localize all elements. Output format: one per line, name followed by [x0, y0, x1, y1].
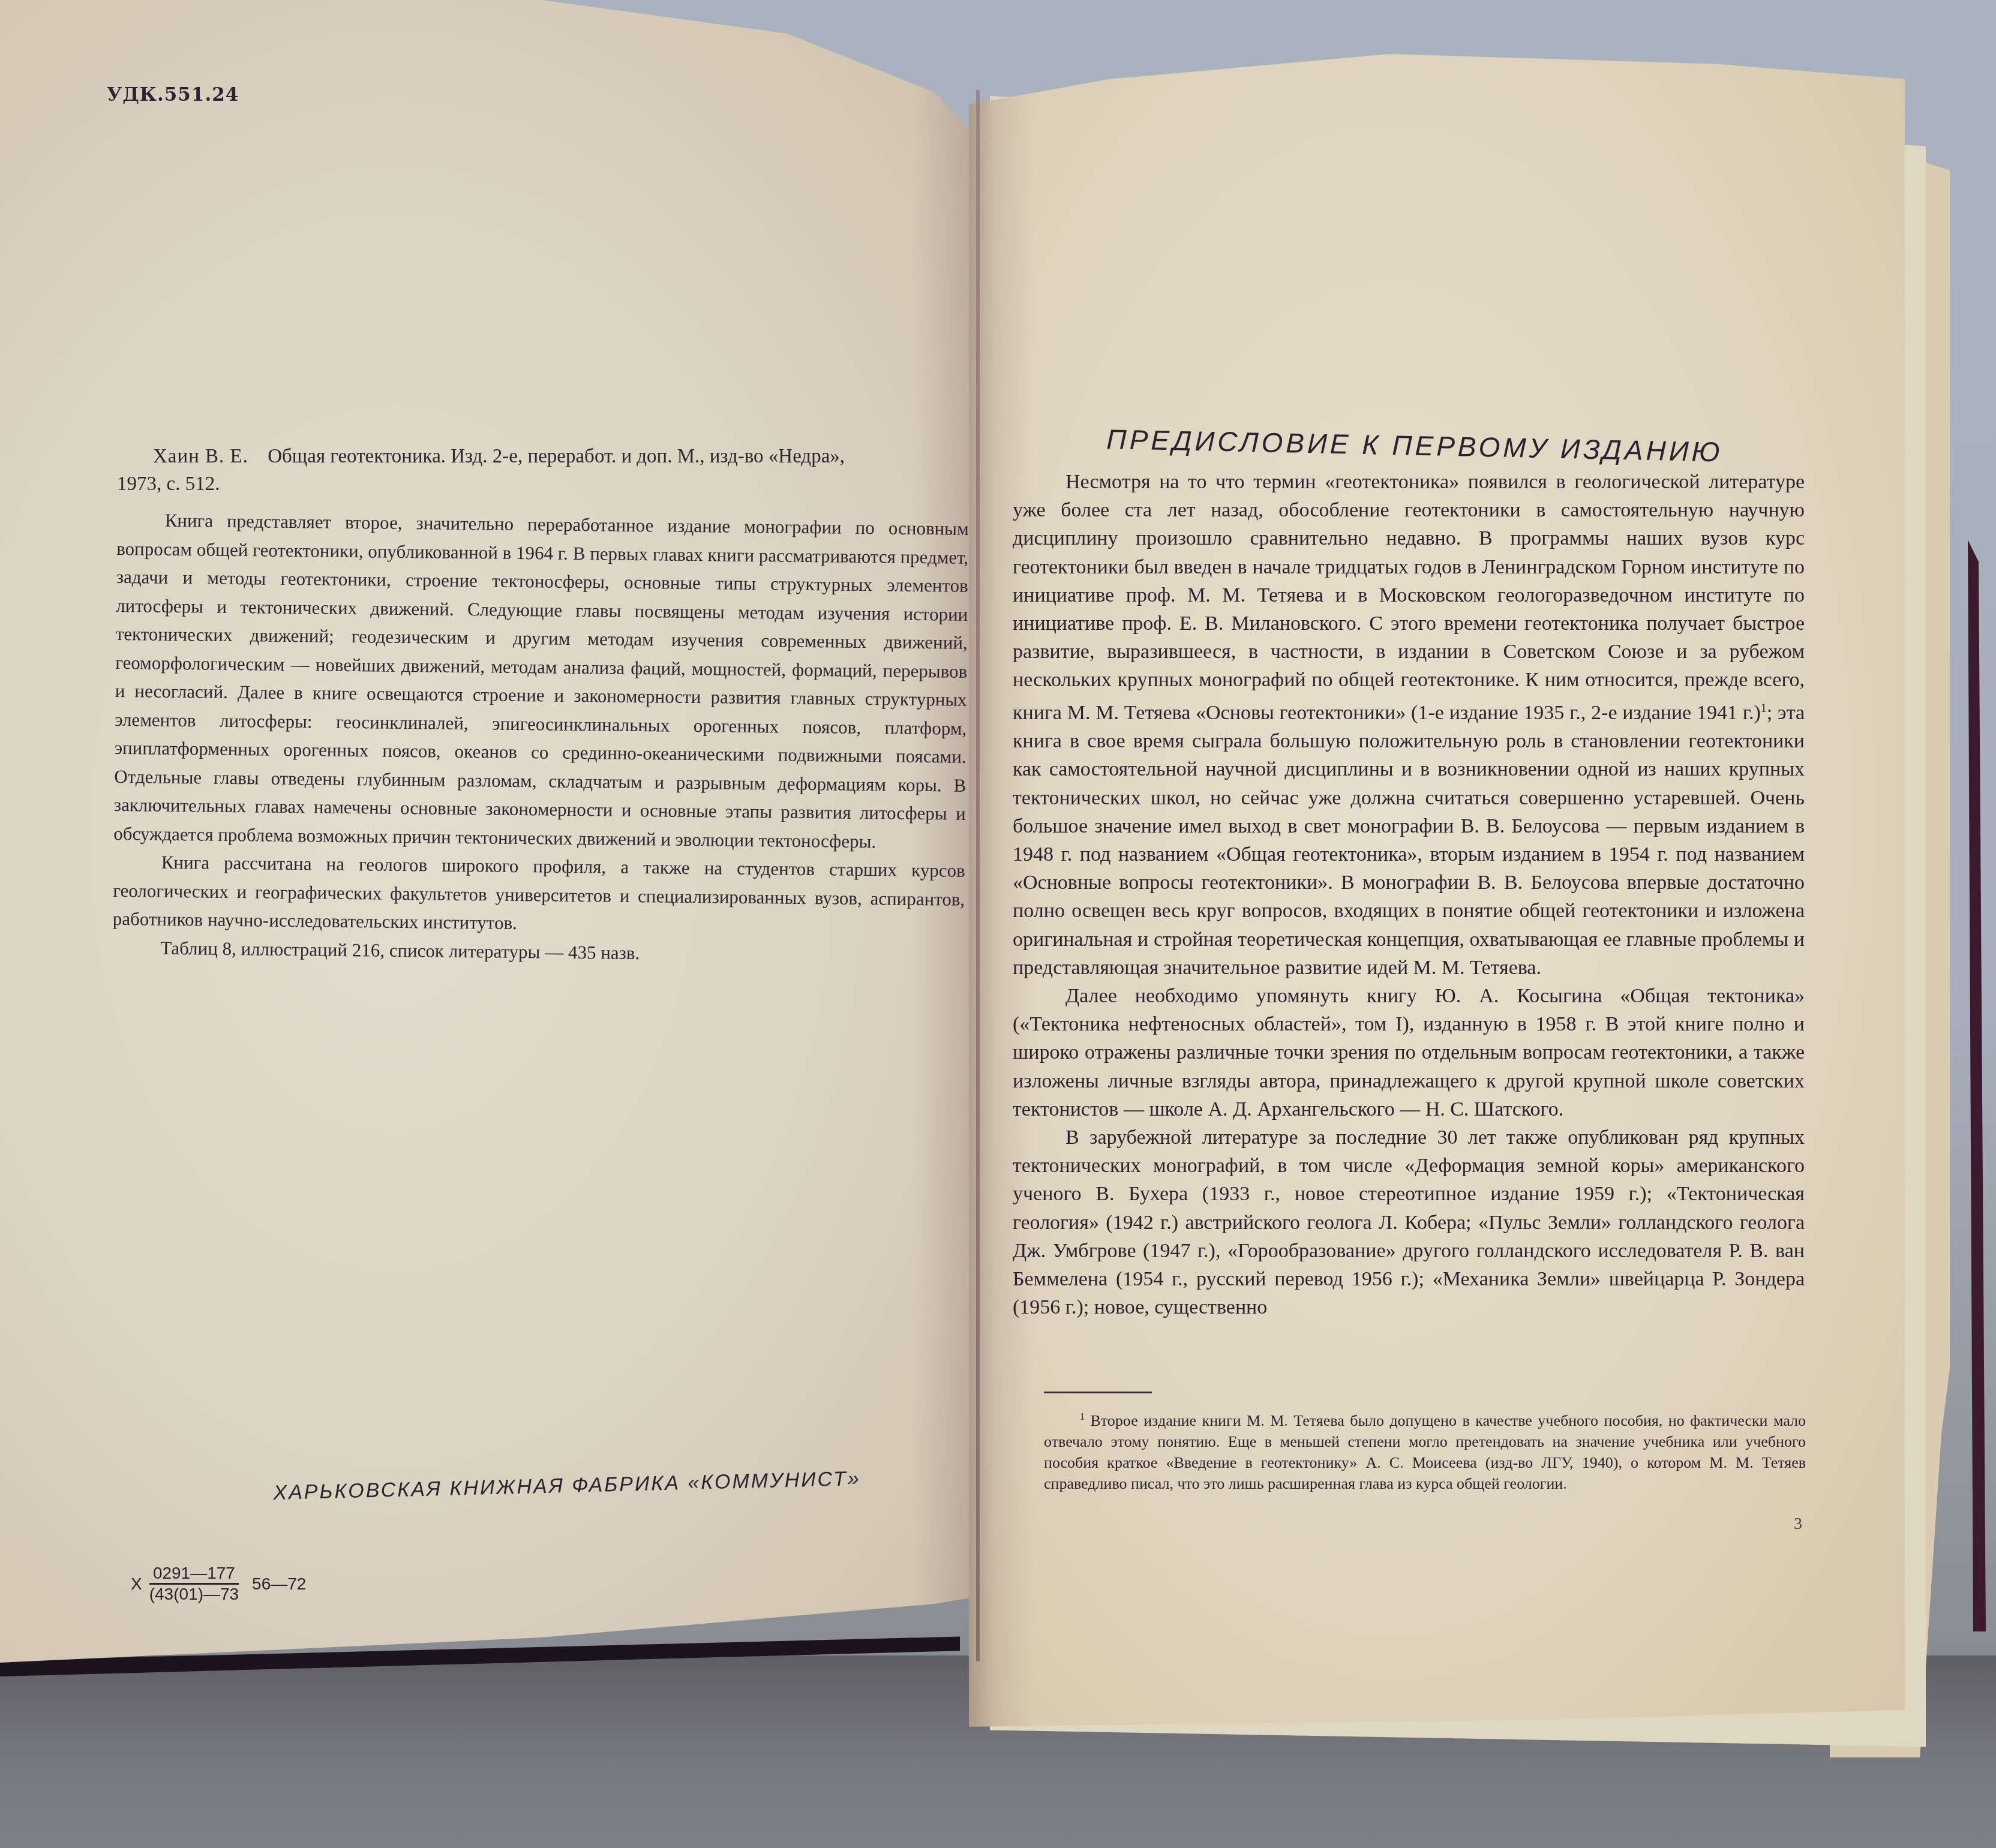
- index-code: Х 0291—177 (43(01)—73 56—72: [131, 1564, 306, 1604]
- paragraph-text: Несмотря на то что термин «геотектоника»…: [1013, 471, 1805, 724]
- udk-code: УДК.551.24: [107, 84, 239, 106]
- paragraph-text: ; эта книга в свое время сыграла большую…: [1013, 702, 1805, 979]
- index-numerator: 0291—177: [149, 1564, 239, 1585]
- index-suffix: 56—72: [252, 1574, 306, 1594]
- index-fraction: 0291—177 (43(01)—73: [146, 1564, 242, 1604]
- preface-paragraph: Далее необходимо упомянуть книгу Ю. А. К…: [1013, 982, 1805, 1123]
- abstract-paragraph: Книга представляет второе, значительно п…: [113, 506, 969, 857]
- book-cover-edge-right: [1968, 540, 1986, 1631]
- preface-paragraph: В зарубежной литературе за последние 30 …: [1013, 1123, 1805, 1321]
- author-name: Хаин В. Е.: [153, 446, 248, 467]
- footnote-marker: 1: [1080, 1412, 1085, 1422]
- title-continuation: 1973, с. 512.: [117, 470, 957, 498]
- title-line: Общая геотектоника. Изд. 2-е, переработ.…: [268, 446, 845, 467]
- footnote-text: Второе издание книги М. М. Тетяева было …: [1044, 1412, 1806, 1492]
- footnote: 1 Второе издание книги М. М. Тетяева был…: [1044, 1407, 1806, 1494]
- footnote-paragraph: 1 Второе издание книги М. М. Тетяева был…: [1044, 1407, 1806, 1494]
- index-denominator: (43(01)—73: [146, 1585, 242, 1604]
- preface-body: Несмотря на то что термин «геотектоника»…: [1013, 468, 1805, 1321]
- bibliographic-record: Хаин В. Е. Общая геотектоника. Изд. 2-е,…: [153, 443, 957, 498]
- abstract-paragraph: Книга рассчитана на геологов широкого пр…: [113, 848, 965, 942]
- footnote-reference: 1: [1761, 702, 1767, 715]
- book-abstract: Книга представляет второе, значительно п…: [112, 506, 969, 970]
- preface-paragraph: Несмотря на то что термин «геотектоника»…: [1013, 468, 1805, 982]
- index-prefix: Х: [131, 1574, 142, 1594]
- page-number: 3: [1794, 1515, 1802, 1534]
- book-gutter: [976, 90, 980, 1661]
- footnote-divider: [1044, 1392, 1152, 1393]
